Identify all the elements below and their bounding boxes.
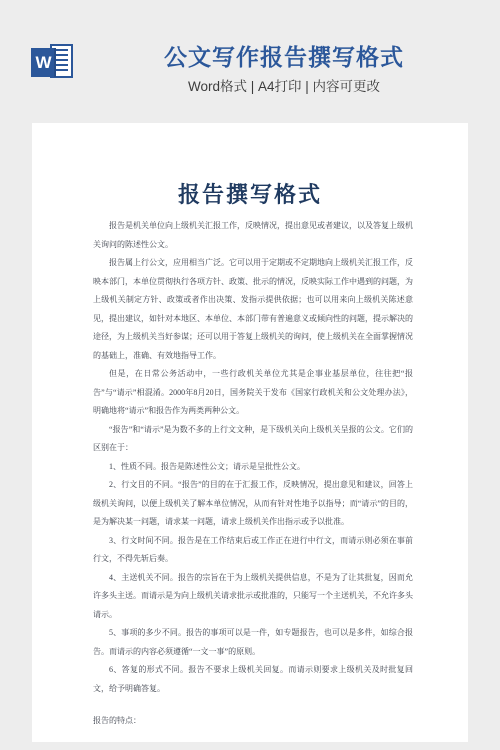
paragraph: “报告”和“请示”是为数不多的上行文文种，是下级机关向上级机关呈报的公文。它们的…	[93, 421, 413, 458]
document-page-preview: 报告撰写格式 报告是机关单位向上级机关汇报工作，反映情况，提出意见或者建议，以及…	[32, 123, 468, 742]
page-subtitle: Word格式 | A4打印 | 内容可更改	[72, 78, 496, 95]
document-title: 报告撰写格式	[32, 183, 468, 207]
paragraph: 1、性质不同。报告是陈述性公文；请示是呈批性公文。	[93, 458, 413, 477]
paragraph: 6、答复的形式不同。报告不要求上级机关回复。而请示则要求上级机关及时批复回文，给…	[93, 661, 413, 698]
paragraph: 4、主送机关不同。报告的宗旨在于为上级机关提供信息，不是为了让其批复，因而允许多…	[93, 569, 413, 625]
paragraph: 报告是机关单位向上级机关汇报工作，反映情况，提出意见或者建议，以及答复上级机关询…	[93, 217, 413, 254]
paragraph: 2、行文目的不同。“报告”的目的在于汇报工作，反映情况，提出意见和建议，回答上级…	[93, 476, 413, 532]
word-icon: W	[31, 41, 73, 83]
page-title: 公文写作报告撰写格式	[72, 42, 496, 72]
paragraph: 3、行文时间不同。报告是在工作结束后或工作正在进行中行文，而请示则必须在事前行文…	[93, 532, 413, 569]
document-section-heading: 报告的特点：	[32, 712, 468, 731]
template-header: W 公文写作报告撰写格式 Word格式 | A4打印 | 内容可更改	[0, 0, 500, 123]
document-body: 报告是机关单位向上级机关汇报工作，反映情况，提出意见或者建议，以及答复上级机关询…	[32, 217, 468, 698]
paragraph: 但是，在日常公务活动中，一些行政机关单位尤其是企事业基层单位，往往把“报告”与“…	[93, 365, 413, 421]
word-icon-text-lines	[55, 49, 68, 73]
header-text-block: 公文写作报告撰写格式 Word格式 | A4打印 | 内容可更改	[72, 42, 496, 95]
paragraph: 报告属上行公文，应用相当广泛。它可以用于定期或不定期地向上级机关汇报工作，反映本…	[93, 254, 413, 365]
word-icon-letter: W	[31, 48, 56, 77]
paragraph: 5、事项的多少不同。报告的事项可以是一件，如专题报告，也可以是多件，如综合报告。…	[93, 624, 413, 661]
